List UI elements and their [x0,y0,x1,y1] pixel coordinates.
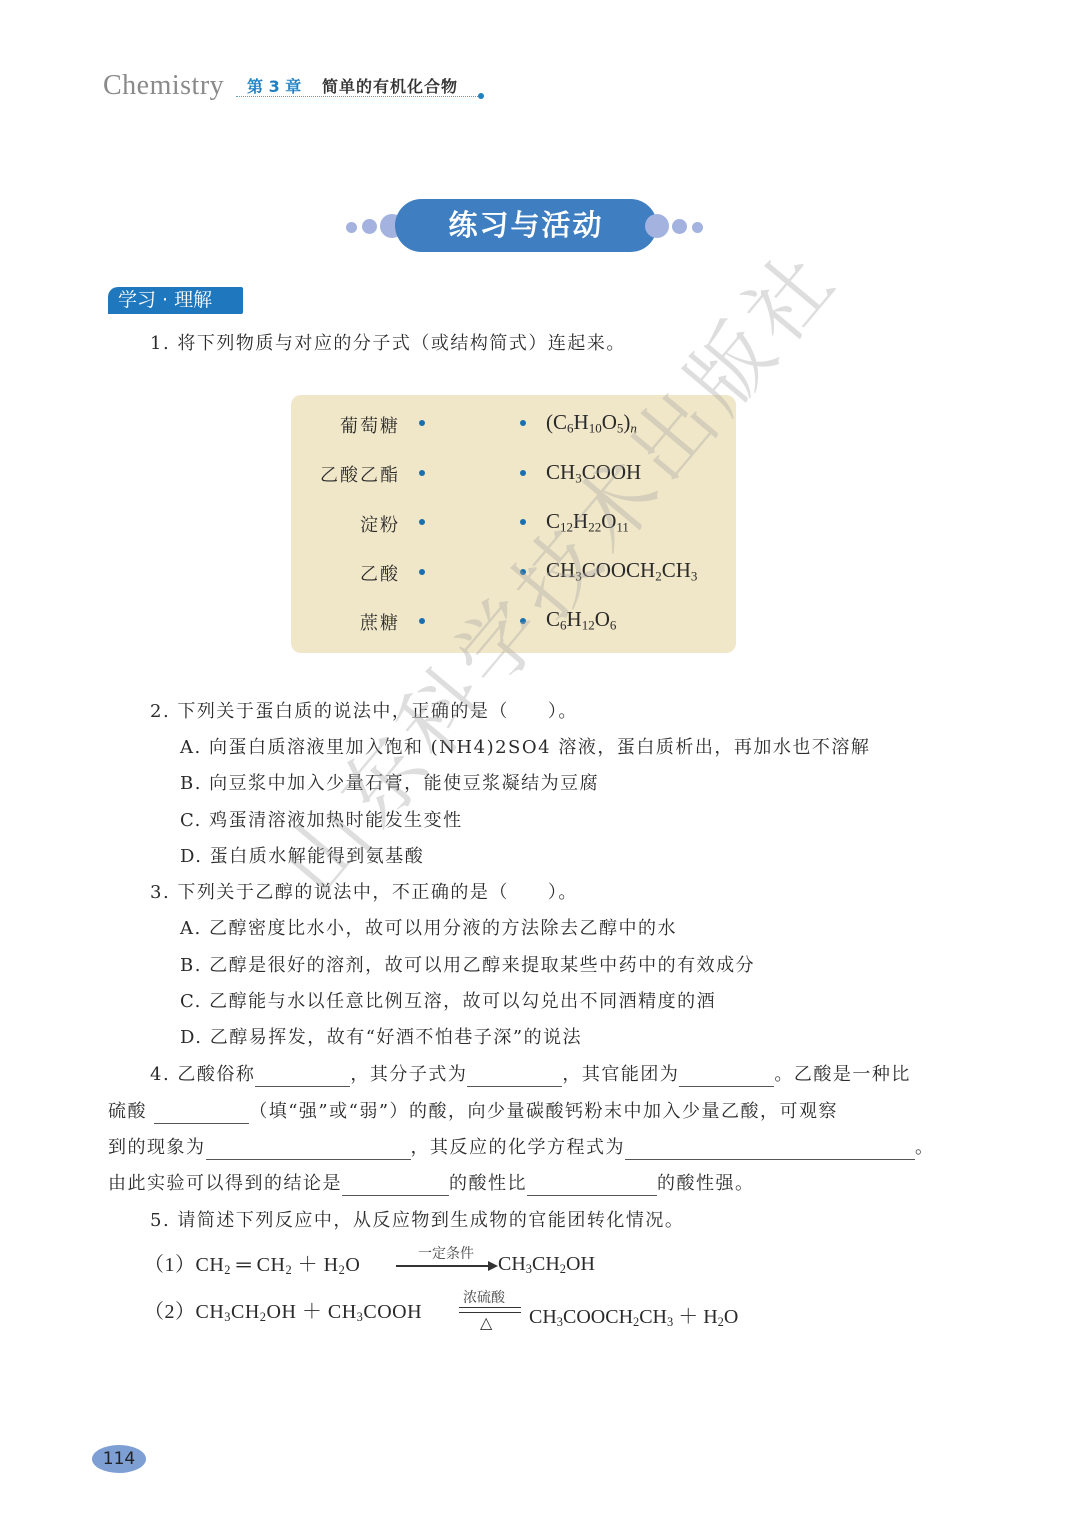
fill-blank[interactable] [206,1139,411,1160]
reaction-1-label: （1） [144,1254,196,1276]
banner-dot-icon [672,219,687,234]
question-4-line-3: 到的现象为，其反应的化学方程式为。 [108,1136,935,1160]
question-3-option-c[interactable]: C. 乙醇能与水以任意比例互溶，故可以勾兑出不同酒精度的酒 [180,990,716,1014]
fill-blank[interactable] [679,1066,774,1087]
match-left-dot[interactable] [419,618,425,624]
fill-blank[interactable] [527,1175,657,1196]
question-4-line-1: 4. 乙酸俗称，其分子式为，其官能团为。乙酸是一种比 [150,1063,911,1087]
q4-text: ，其反应的化学方程式为 [411,1137,626,1158]
header-chapter: 第 3 章 [247,74,301,97]
q4-text: （填“强”或“弱”）的酸，向少量碳酸钙粉末中加入少量乙酸，可观察 [249,1101,838,1122]
reaction-2-condition-top: 浓硫酸 [463,1287,505,1307]
reaction-2-label: （2） [144,1301,196,1323]
reaction-2-condition-bottom: △ [480,1313,492,1332]
section-banner: 练习与活动 [395,199,657,252]
fill-blank[interactable] [154,1103,249,1124]
q4-text: ，其官能团为 [562,1064,679,1085]
match-left-item: 乙酸乙酯 [290,461,400,487]
arrowhead-icon [488,1261,498,1271]
question-4-line-4: 由此实验可以得到的结论是的酸性比的酸性强。 [108,1172,755,1196]
reaction-1: （1）CH2 ═ CH2 ＋ H2O [144,1253,360,1282]
match-left-dot[interactable] [419,470,425,476]
header-dot-icon [478,93,484,99]
fill-blank[interactable] [255,1066,350,1087]
match-right-dot[interactable] [520,470,526,476]
question-3-option-b[interactable]: B. 乙醇是很好的溶剂，故可以用乙醇来提取某些中药中的有效成分 [180,954,755,978]
banner-dot-icon [645,214,669,238]
match-left-item: 乙酸 [290,560,400,586]
q4-text: 的酸性比 [449,1173,527,1194]
q4-text: 到的现象为 [108,1137,206,1158]
fill-blank[interactable] [467,1066,562,1087]
q4-text: 的酸性强。 [657,1173,755,1194]
banner-dot-icon [346,222,357,233]
equilibrium-arrow-forward-icon [459,1307,521,1308]
header-chapter-title: 简单的有机化合物 [322,74,458,97]
question-3-option-d[interactable]: D. 乙醇易挥发，故有“好酒不怕巷子深”的说法 [180,1026,582,1050]
question-3-option-a[interactable]: A. 乙醇密度比水小，故可以用分液的方法除去乙醇中的水 [180,917,677,941]
q4-text: 由此实验可以得到的结论是 [108,1173,342,1194]
question-1-stem: 1. 将下列物质与对应的分子式（或结构简式）连起来。 [150,332,626,356]
match-right-dot[interactable] [520,420,526,426]
header-dotted-rule [236,96,480,97]
q4-text: 4. 乙酸俗称 [150,1064,255,1085]
reaction-2: （2）CH3CH2OH ＋ CH3COOH [144,1300,422,1329]
match-left-dot[interactable] [419,519,425,525]
match-left-dot[interactable] [419,420,425,426]
reaction-1-products: CH3CH2OH [498,1253,595,1277]
match-left-dot[interactable] [419,569,425,575]
question-2-option-a[interactable]: A. 向蛋白质溶液里加入饱和 (NH4)2SO4 溶液，蛋白质析出，再加水也不溶… [180,736,870,760]
q4-text: ，其分子式为 [350,1064,467,1085]
header-subject: Chemistry [103,70,224,102]
q4-text: 。 [915,1137,935,1158]
fill-blank[interactable] [625,1139,915,1160]
banner-dot-icon [692,222,703,233]
section-tag: 学习 · 理解 [108,287,243,314]
arrow-right-icon [396,1265,492,1267]
q4-text: 。乙酸是一种比 [774,1064,911,1085]
question-4-line-2: 硫酸 （填“强”或“弱”）的酸，向少量碳酸钙粉末中加入少量乙酸，可观察 [108,1100,838,1124]
question-5-stem: 5. 请简述下列反应中，从反应物到生成物的官能团转化情况。 [150,1209,684,1233]
reaction-2-products: CH3COOCH2CH3 ＋ H2O [529,1300,738,1330]
match-left-item: 淀粉 [290,511,400,537]
reaction-1-condition: 一定条件 [418,1243,474,1263]
q4-text: 硫酸 [108,1101,147,1122]
match-left-item: 蔗糖 [290,609,400,635]
banner-dot-icon [362,219,377,234]
fill-blank[interactable] [342,1175,449,1196]
match-left-item: 葡萄糖 [290,412,400,438]
page-number: 114 [92,1445,146,1473]
